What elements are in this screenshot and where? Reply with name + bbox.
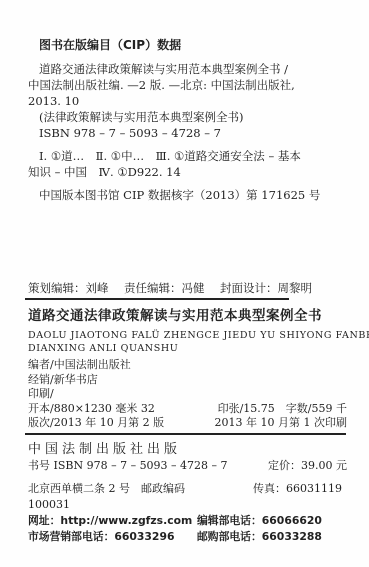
cip-isbn: ISBN 978 – 7 – 5093 – 4728 – 7 — [28, 125, 347, 141]
fax-number: 66031119 — [286, 482, 342, 495]
publisher-address: 北京西单横二条 2 号 邮政编码 100031 — [28, 481, 197, 513]
book-number: 书号 ISBN 978 – 7 – 5093 – 4728 – 7 — [28, 458, 228, 473]
marketing-phone-number: 66033296 — [114, 530, 174, 543]
mailorder-phone-number: 66033288 — [262, 530, 322, 543]
editorial-phone: 编辑部电话：66066620 — [197, 513, 347, 529]
marketing-phone-label: 市场营销部电话： — [28, 530, 114, 543]
distributor-line: 经销/新华书店 — [28, 373, 347, 388]
planning-editor-name: 刘峰 — [86, 281, 109, 295]
format-line: 开本/880×1230 毫米 32 — [28, 402, 155, 417]
editorial-phone-label: 编辑部电话： — [197, 514, 262, 527]
cover-designer-name: 周黎明 — [278, 281, 313, 295]
book-title-pinyin-line2: DIANXING ANLI QUANSHU — [28, 342, 347, 355]
cover-designer-label: 封面设计： — [220, 281, 278, 295]
divider-rule-top — [25, 298, 289, 300]
cip-classification-line2: 知识 – 中国 Ⅳ. ①D922. 14 — [28, 164, 347, 180]
sheets-line: 印张/15.75 字数/559 千 — [218, 402, 347, 417]
price-value: 39.00 元 — [301, 459, 347, 472]
editorial-phone-number: 66066620 — [262, 514, 322, 527]
website: 网址：http://www.zgfzs.com — [28, 513, 197, 529]
edition-row: 版次/2013 年 10 月第 2 版 2013 年 10 月第 1 次印刷 — [28, 416, 347, 431]
responsible-editor-name: 冯健 — [182, 281, 205, 295]
cip-heading: 图书在版编目（CIP）数据 — [28, 37, 347, 53]
fax-label: 传真： — [253, 482, 286, 495]
book-title-pinyin-line1: DAOLU JIAOTONG FALÜ ZHENGCE JIEDU YU SHI… — [28, 329, 347, 342]
planning-editor-label: 策划编辑： — [28, 281, 86, 295]
cover-designer: 封面设计：周黎明 — [220, 281, 312, 296]
planning-editor: 策划编辑：刘峰 — [28, 281, 109, 296]
editors-row: 策划编辑：刘峰 责任编辑：冯健 封面设计：周黎明 — [28, 281, 312, 296]
book-number-row: 书号 ISBN 978 – 7 – 5093 – 4728 – 7 定价：39.… — [28, 458, 347, 473]
publisher-name: 中国法制出版社出版 — [28, 441, 347, 458]
cip-description-line2: 中国法制出版社编. —2 版. —北京: 中国法制出版社, — [28, 77, 347, 93]
price: 定价：39.00 元 — [268, 458, 347, 473]
marketing-mailorder-row: 市场营销部电话：66033296 邮购部电话：66033288 — [28, 529, 347, 545]
cip-record-number: 中国版本图书馆 CIP 数据核字（2013）第 171625 号 — [28, 187, 347, 203]
website-label: 网址： — [28, 514, 60, 527]
divider-rule-bottom — [25, 433, 346, 435]
marketing-phone: 市场营销部电话：66033296 — [28, 529, 197, 545]
cip-description-line1: 道路交通法律政策解读与实用范本典型案例全书 / — [28, 61, 347, 77]
address-fax-row: 北京西单横二条 2 号 邮政编码 100031 传真：66031119 — [28, 481, 347, 513]
fax: 传真：66031119 — [197, 481, 347, 497]
website-editorial-row: 网址：http://www.zgfzs.com 编辑部电话：66066620 — [28, 513, 347, 529]
website-url: http://www.zgfzs.com — [60, 514, 192, 527]
book-title: 道路交通法律政策解读与实用范本典型案例全书 — [28, 307, 347, 325]
copyright-page: 图书在版编目（CIP）数据 道路交通法律政策解读与实用范本典型案例全书 / 中国… — [0, 0, 369, 567]
mailorder-phone: 邮购部电话：66033288 — [197, 529, 347, 545]
responsible-editor: 责任编辑：冯健 — [124, 281, 205, 296]
printer-line: 印刷/ — [28, 387, 347, 402]
contact-block: 北京西单横二条 2 号 邮政编码 100031 传真：66031119 网址：h… — [28, 481, 347, 545]
cip-block: 图书在版编目（CIP）数据 道路交通法律政策解读与实用范本典型案例全书 / 中国… — [28, 37, 347, 203]
cip-description-line3: 2013. 10 — [28, 93, 347, 109]
publication-details: 编者/中国法制出版社 经销/新华书店 印刷/ 开本/880×1230 毫米 32… — [28, 358, 347, 431]
format-row: 开本/880×1230 毫米 32 印张/15.75 字数/559 千 — [28, 402, 347, 417]
price-label: 定价： — [268, 459, 301, 472]
printing-line: 2013 年 10 月第 1 次印刷 — [215, 416, 347, 431]
publisher-block: 中国法制出版社出版 书号 ISBN 978 – 7 – 5093 – 4728 … — [28, 441, 347, 473]
responsible-editor-label: 责任编辑： — [124, 281, 182, 295]
mailorder-phone-label: 邮购部电话： — [197, 530, 262, 543]
cip-series-note: (法律政策解读与实用范本典型案例全书) — [28, 109, 347, 125]
edition-line: 版次/2013 年 10 月第 2 版 — [28, 416, 164, 431]
cip-classification-line1: Ⅰ. ①道… Ⅱ. ①中… Ⅲ. ①道路交通安全法 – 基本 — [28, 148, 347, 164]
editor-line: 编者/中国法制出版社 — [28, 358, 347, 373]
title-block: 道路交通法律政策解读与实用范本典型案例全书 DAOLU JIAOTONG FAL… — [28, 307, 347, 355]
